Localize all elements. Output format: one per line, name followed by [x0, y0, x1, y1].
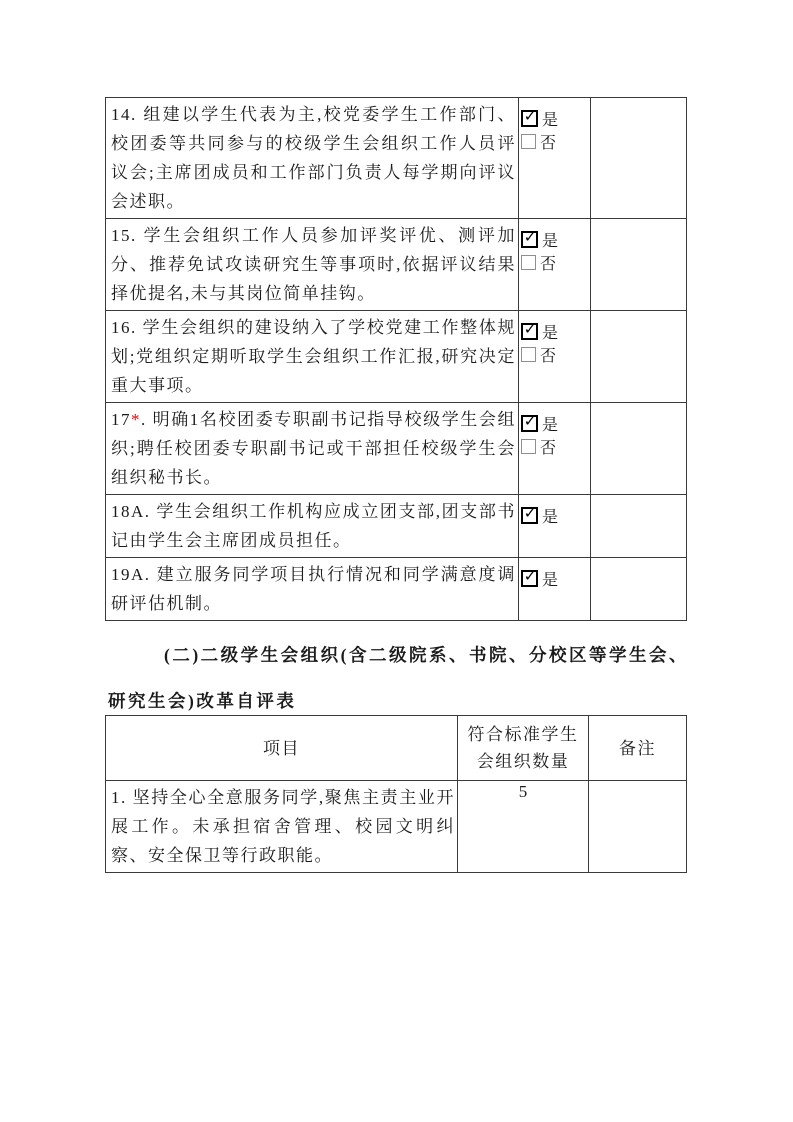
- item-text: 14. 组建以学生代表为主,校党委学生工作部门、校团委等共同参与的校级学生会组织…: [111, 105, 516, 211]
- school-level-self-eval-table-body: 14. 组建以学生代表为主,校党委学生工作部门、校团委等共同参与的校级学生会组织…: [106, 98, 687, 621]
- checked-checkbox-icon: ✓: [521, 415, 538, 432]
- checkbox-group: ✓是: [519, 495, 590, 537]
- checkbox-label: 是: [542, 504, 559, 527]
- item-text-cell: 1. 坚持全心全意服务同学,聚焦主责主业开展工作。未承担宿舍管理、校园文明纠察、…: [106, 781, 458, 873]
- item-text-cell: 14. 组建以学生代表为主,校党委学生工作部门、校团委等共同参与的校级学生会组织…: [106, 98, 519, 219]
- remark-cell: [591, 311, 687, 403]
- checkbox-group: ✓是否: [519, 311, 590, 376]
- item-text-cell: 17*. 明确1名校团委专职副书记指导校级学生会组织;聘任校团委专职副书记或干部…: [106, 403, 519, 495]
- checkbox-option-unchecked[interactable]: 否: [521, 435, 590, 458]
- checkbox-label: 否: [540, 251, 557, 274]
- item-text-cell: 15. 学生会组织工作人员参加评奖评优、测评加分、推荐免试攻读研究生等事项时,依…: [106, 219, 519, 311]
- checkbox-group: ✓是否: [519, 98, 590, 163]
- checkbox-label: 是: [542, 412, 559, 435]
- table-row: 18A. 学生会组织工作机构应成立团支部,团支部书记由学生会主席团成员担任。✓是: [106, 495, 687, 558]
- checkbox-option-checked[interactable]: ✓是: [521, 320, 590, 343]
- item-text: 18A. 学生会组织工作机构应成立团支部,团支部书记由学生会主席团成员担任。: [111, 502, 516, 550]
- required-asterisk: *: [131, 410, 141, 429]
- checkbox-label: 是: [542, 107, 559, 130]
- check-cell: ✓是否: [519, 98, 591, 219]
- checkbox-label: 否: [540, 435, 557, 458]
- remark-cell: [591, 403, 687, 495]
- checkbox-option-checked[interactable]: ✓是: [521, 228, 590, 251]
- section-heading: (二)二级学生会组织(含二级院系、书院、分校区等学生会、 研究生会)改革自评表: [108, 632, 708, 724]
- checkbox-option-checked[interactable]: ✓是: [521, 567, 590, 590]
- checkbox-option-unchecked[interactable]: 否: [521, 251, 590, 274]
- checked-checkbox-icon: ✓: [521, 231, 538, 248]
- table-row: 16. 学生会组织的建设纳入了学校党建工作整体规划;党组织定期听取学生会组织工作…: [106, 311, 687, 403]
- checkbox-option-unchecked[interactable]: 否: [521, 343, 590, 366]
- checkbox-label: 是: [542, 320, 559, 343]
- check-cell: ✓是: [519, 558, 591, 621]
- checkbox-option-unchecked[interactable]: 否: [521, 130, 590, 153]
- check-cell: ✓是否: [519, 403, 591, 495]
- checkbox-group: ✓是否: [519, 403, 590, 468]
- column-header-item: 项目: [106, 716, 458, 781]
- secondary-table-header: 项目 符合标准学生 会组织数量 备注: [106, 716, 687, 781]
- secondary-org-self-eval-table: 项目 符合标准学生 会组织数量 备注 1. 坚持全心全意服务同学,聚焦主责主业开…: [105, 715, 687, 873]
- checkbox-label: 是: [542, 567, 559, 590]
- checkbox-label: 否: [540, 343, 557, 366]
- item-text: 17: [111, 410, 131, 429]
- document-page: 14. 组建以学生代表为主,校党委学生工作部门、校团委等共同参与的校级学生会组织…: [0, 0, 793, 1122]
- item-text: 16. 学生会组织的建设纳入了学校党建工作整体规划;党组织定期听取学生会组织工作…: [111, 318, 516, 395]
- item-text-cell: 16. 学生会组织的建设纳入了学校党建工作整体规划;党组织定期听取学生会组织工作…: [106, 311, 519, 403]
- checked-checkbox-icon: ✓: [521, 507, 538, 524]
- item-text: . 明确1名校团委专职副书记指导校级学生会组织;聘任校团委专职副书记或干部担任校…: [111, 410, 516, 487]
- table-row: 14. 组建以学生代表为主,校党委学生工作部门、校团委等共同参与的校级学生会组织…: [106, 98, 687, 219]
- remark-cell: [591, 495, 687, 558]
- checkbox-group: ✓是: [519, 558, 590, 600]
- count-cell: 5: [458, 781, 589, 873]
- remark-cell: [591, 219, 687, 311]
- empty-checkbox-icon: [521, 439, 536, 454]
- table-header-row: 项目 符合标准学生 会组织数量 备注: [106, 716, 687, 781]
- check-cell: ✓是否: [519, 219, 591, 311]
- check-cell: ✓是否: [519, 311, 591, 403]
- checkbox-option-checked[interactable]: ✓是: [521, 504, 590, 527]
- table-row: 19A. 建立服务同学项目执行情况和同学满意度调研评估机制。✓是: [106, 558, 687, 621]
- checked-checkbox-icon: ✓: [521, 110, 538, 127]
- remark-cell: [589, 781, 687, 873]
- column-header-count: 符合标准学生 会组织数量: [458, 716, 589, 781]
- checkbox-label: 否: [540, 130, 557, 153]
- checkbox-group: ✓是否: [519, 219, 590, 284]
- checked-checkbox-icon: ✓: [521, 570, 538, 587]
- check-cell: ✓是: [519, 495, 591, 558]
- empty-checkbox-icon: [521, 347, 536, 362]
- item-text: 15. 学生会组织工作人员参加评奖评优、测评加分、推荐免试攻读研究生等事项时,依…: [111, 226, 516, 303]
- table-row: 15. 学生会组织工作人员参加评奖评优、测评加分、推荐免试攻读研究生等事项时,依…: [106, 219, 687, 311]
- checkbox-option-checked[interactable]: ✓是: [521, 412, 590, 435]
- table-row: 1. 坚持全心全意服务同学,聚焦主责主业开展工作。未承担宿舍管理、校园文明纠察、…: [106, 781, 687, 873]
- item-text-cell: 19A. 建立服务同学项目执行情况和同学满意度调研评估机制。: [106, 558, 519, 621]
- empty-checkbox-icon: [521, 134, 536, 149]
- empty-checkbox-icon: [521, 255, 536, 270]
- item-text-cell: 18A. 学生会组织工作机构应成立团支部,团支部书记由学生会主席团成员担任。: [106, 495, 519, 558]
- remark-cell: [591, 558, 687, 621]
- remark-cell: [591, 98, 687, 219]
- checkbox-label: 是: [542, 228, 559, 251]
- checkbox-option-checked[interactable]: ✓是: [521, 107, 590, 130]
- school-level-self-eval-table: 14. 组建以学生代表为主,校党委学生工作部门、校团委等共同参与的校级学生会组织…: [105, 97, 687, 621]
- item-text: 19A. 建立服务同学项目执行情况和同学满意度调研评估机制。: [111, 565, 516, 613]
- checked-checkbox-icon: ✓: [521, 323, 538, 340]
- column-header-remark: 备注: [589, 716, 687, 781]
- table-row: 17*. 明确1名校团委专职副书记指导校级学生会组织;聘任校团委专职副书记或干部…: [106, 403, 687, 495]
